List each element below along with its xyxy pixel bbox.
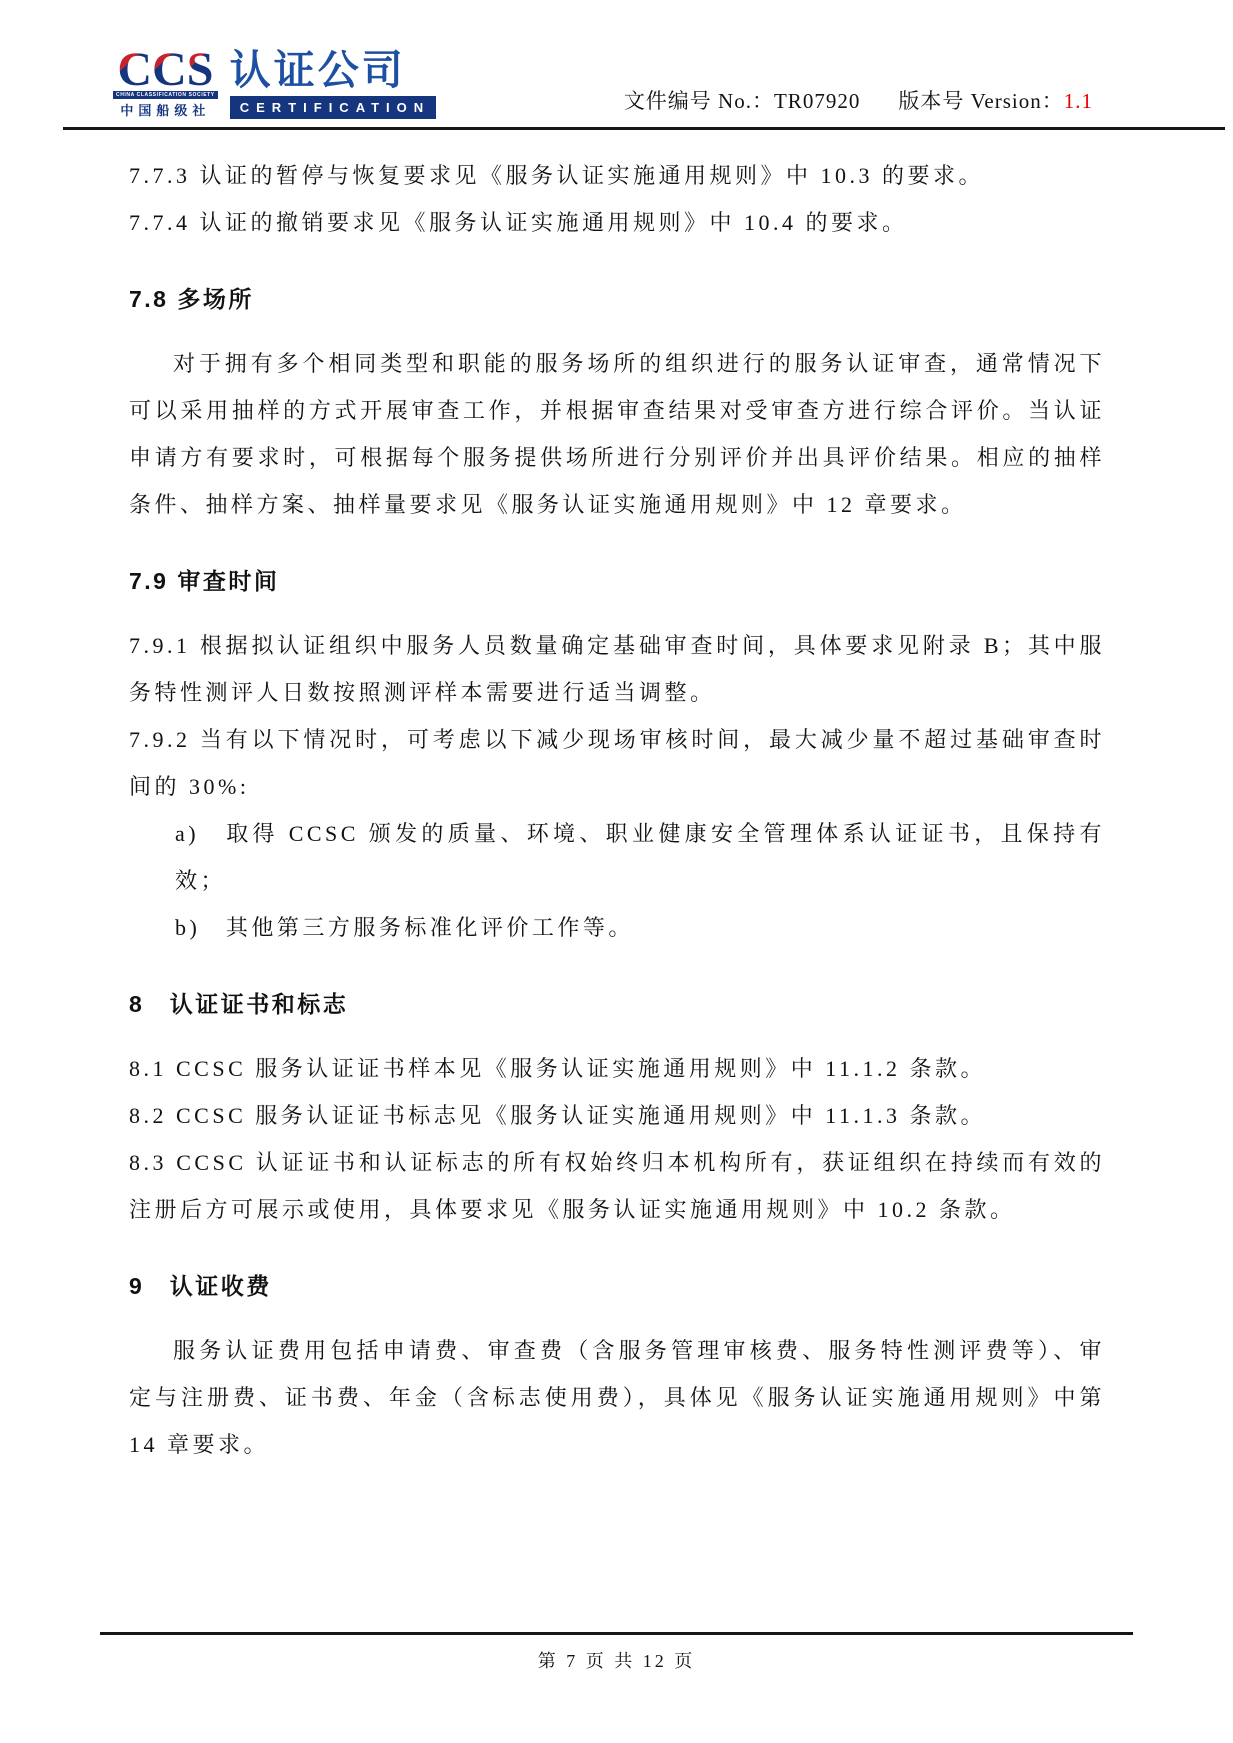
paragraph-7-8-body: 对于拥有多个相同类型和职能的服务场所的组织进行的服务认证审查，通常情况下可以采用…	[129, 340, 1105, 528]
doc-number-label: 文件编号 No.：	[624, 89, 774, 113]
document-body: 7.7.3 认证的暂停与恢复要求见《服务认证实施通用规则》中 10.3 的要求。…	[0, 130, 1233, 1468]
paragraph-8-1: 8.1 CCSC 服务认证证书样本见《服务认证实施通用规则》中 11.1.2 条…	[129, 1045, 1105, 1092]
paragraph-9-body: 服务认证费用包括申请费、审查费（含服务管理审核费、服务特性测评费等）、审定与注册…	[129, 1327, 1105, 1468]
ccs-logo-left: CCS CHINA CLASSIFICATION SOCIETY 中国船级社	[113, 50, 218, 119]
paragraph-8-2: 8.2 CCSC 服务认证证书标志见《服务认证实施通用规则》中 11.1.3 条…	[129, 1092, 1105, 1139]
ccs-society-cn-label: 中国船级社	[120, 100, 210, 119]
document-info: 文件编号 No.：TR07920版本号 Version：1.1	[624, 85, 1093, 119]
paragraph-7-9-1: 7.9.1 根据拟认证组织中服务人员数量确定基础审查时间，具体要求见附录 B；其…	[129, 622, 1105, 716]
list-item-a: a) 取得 CCSC 颁发的质量、环境、职业健康安全管理体系认证证书，且保持有效…	[129, 810, 1105, 904]
paragraph-8-3: 8.3 CCSC 认证证书和认证标志的所有权始终归本机构所有，获证组织在持续而有…	[129, 1139, 1105, 1233]
section-heading-7-8: 7.8 多场所	[129, 284, 1105, 314]
list-item-b: b) 其他第三方服务标准化评价工作等。	[129, 904, 1105, 951]
section-heading-9: 9 认证收费	[129, 1271, 1105, 1301]
section-heading-8: 8 认证证书和标志	[129, 989, 1105, 1019]
ccs-society-en-label: CHINA CLASSIFICATION SOCIETY	[113, 91, 218, 99]
paragraph-7-9-2: 7.9.2 当有以下情况时，可考虑以下减少现场审核时间，最大减少量不超过基础审查…	[129, 716, 1105, 810]
page-header: CCS CHINA CLASSIFICATION SOCIETY 中国船级社 认…	[0, 0, 1233, 125]
section-heading-7-9: 7.9 审查时间	[129, 566, 1105, 596]
paragraph-7-7-4: 7.7.4 认证的撤销要求见《服务认证实施通用规则》中 10.4 的要求。	[129, 199, 1105, 246]
version-value: 1.1	[1064, 89, 1093, 113]
brand-name-cn: 认证公司	[230, 50, 436, 91]
certification-banner: CERTIFICATION	[230, 96, 436, 119]
paragraph-7-7-3: 7.7.3 认证的暂停与恢复要求见《服务认证实施通用规则》中 10.3 的要求。	[129, 152, 1105, 199]
ccs-logo: CCS CHINA CLASSIFICATION SOCIETY 中国船级社 认…	[113, 50, 436, 119]
version-label: 版本号 Version：	[898, 89, 1063, 113]
doc-number-value: TR07920	[774, 89, 860, 113]
ccs-logo-right: 认证公司 CERTIFICATION	[230, 50, 436, 119]
page-number: 第 7 页 共 12 页	[0, 1635, 1233, 1673]
page-footer: 第 7 页 共 12 页	[0, 1632, 1233, 1673]
ccs-logo-text: CCS	[117, 50, 213, 89]
document-page: CCS CHINA CLASSIFICATION SOCIETY 中国船级社 认…	[0, 0, 1233, 1743]
